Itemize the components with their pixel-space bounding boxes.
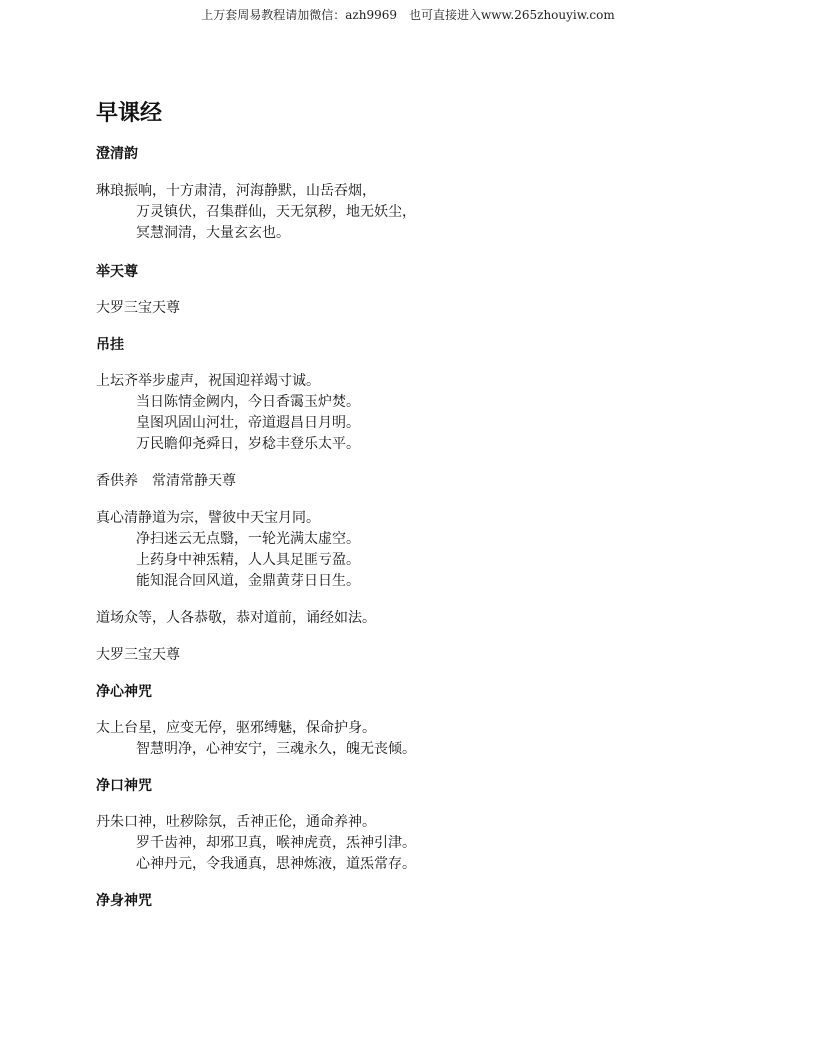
verse-line: 能知混合回风道，金鼎黄芽日日生。 — [96, 571, 736, 592]
watermark-text: 上万套周易教程请加微信：azh9969 也可直接进入www.265zhouyiw… — [0, 6, 816, 23]
verse-block: 真心清静道为宗，譬彼中天宝月同。 净扫迷云无点翳，一轮光满太虚空。 上药身中神炁… — [96, 508, 736, 592]
verse-block: 道场众等，人各恭敬，恭对道前，诵经如法。 — [96, 608, 736, 629]
verse-line: 皇图巩固山河壮，帝道遐昌日月明。 — [96, 413, 736, 434]
verse-line: 心神丹元，令我通真，思神炼液，道炁常存。 — [96, 854, 736, 875]
document-page: 早课经 澄清韵 琳琅振响，十方肃清，河海静默，山岳吞烟， 万灵镇伏，召集群仙，天… — [96, 98, 736, 911]
section-heading: 举天尊 — [96, 262, 736, 282]
verse-line: 道场众等，人各恭敬，恭对道前，诵经如法。 — [96, 608, 736, 629]
verse-line: 万灵镇伏，召集群仙，天无氛秽，地无妖尘， — [96, 202, 736, 223]
verse-line: 智慧明净，心神安宁，三魂永久，魄无丧倾。 — [96, 739, 736, 760]
verse-block: 大罗三宝天尊 — [96, 645, 736, 666]
verse-line: 净扫迷云无点翳，一轮光满太虚空。 — [96, 529, 736, 550]
verse-block: 丹朱口神，吐秽除氛，舌神正伦，通命养神。 罗千齿神，却邪卫真，喉神虎贲，炁神引津… — [96, 812, 736, 875]
verse-line: 真心清静道为宗，譬彼中天宝月同。 — [96, 508, 736, 529]
verse-block: 大罗三宝天尊 — [96, 298, 736, 319]
verse-line: 琳琅振响，十方肃清，河海静默，山岳吞烟， — [96, 181, 736, 202]
verse-line: 上药身中神炁精，人人具足匪亏盈。 — [96, 550, 736, 571]
verse-line: 万民瞻仰尧舜日，岁稔丰登乐太平。 — [96, 434, 736, 455]
verse-line: 上坛齐举步虚声，祝国迎祥竭寸诚。 — [96, 371, 736, 392]
verse-line: 罗千齿神，却邪卫真，喉神虎贲，炁神引津。 — [96, 833, 736, 854]
verse-line: 冥慧洞清，大量玄玄也。 — [96, 223, 736, 244]
verse-line: 香供养 常清常静天尊 — [96, 471, 736, 492]
verse-block: 琳琅振响，十方肃清，河海静默，山岳吞烟， 万灵镇伏，召集群仙，天无氛秽，地无妖尘… — [96, 181, 736, 244]
verse-line: 当日陈情金阙内，今日香霭玉炉焚。 — [96, 392, 736, 413]
section-heading: 净口神咒 — [96, 776, 736, 796]
verse-block: 香供养 常清常静天尊 — [96, 471, 736, 492]
verse-line: 大罗三宝天尊 — [96, 645, 736, 666]
verse-line: 太上台星，应变无停，驱邪缚魅，保命护身。 — [96, 718, 736, 739]
section-heading: 吊挂 — [96, 335, 736, 355]
section-heading: 净心神咒 — [96, 682, 736, 702]
section-heading: 净身神咒 — [96, 891, 736, 911]
section-heading: 澄清韵 — [96, 144, 736, 164]
verse-line: 大罗三宝天尊 — [96, 298, 736, 319]
verse-block: 太上台星，应变无停，驱邪缚魅，保命护身。 智慧明净，心神安宁，三魂永久，魄无丧倾… — [96, 718, 736, 760]
page-title: 早课经 — [96, 98, 736, 130]
verse-line: 丹朱口神，吐秽除氛，舌神正伦，通命养神。 — [96, 812, 736, 833]
verse-block: 上坛齐举步虚声，祝国迎祥竭寸诚。 当日陈情金阙内，今日香霭玉炉焚。 皇图巩固山河… — [96, 371, 736, 455]
